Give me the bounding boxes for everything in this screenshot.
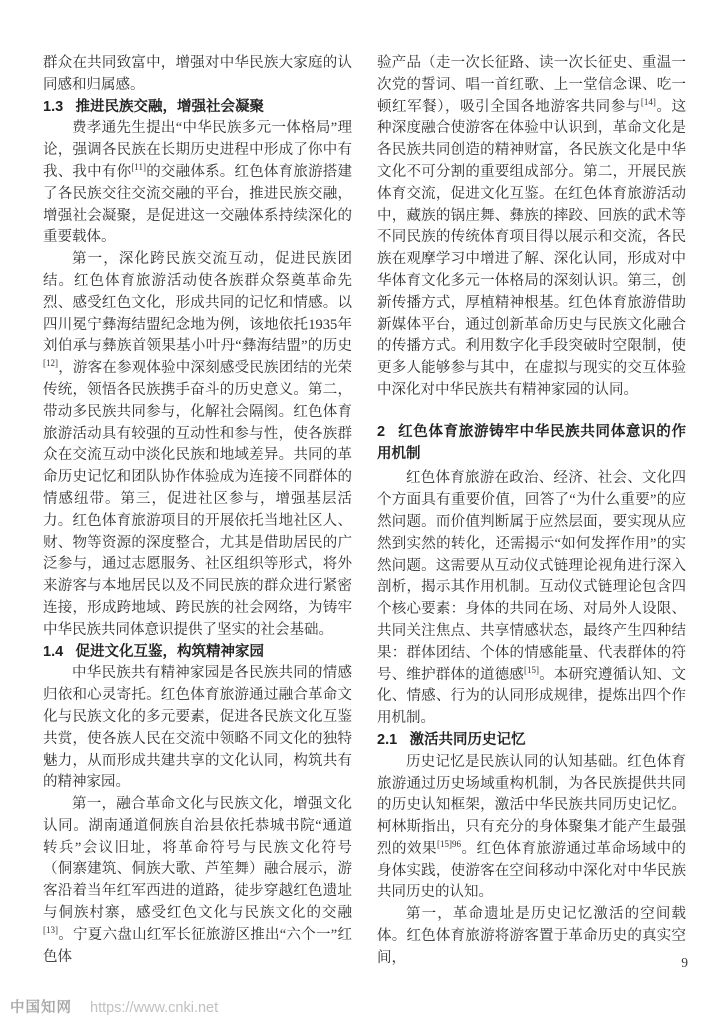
page-body: 群众在共同致富中，增强对中华民族大家庭的认同感和归属感。1.3推进民族交融，增强… [43,53,686,970]
text-run: ，游客在参观体验中深刻感受民族团结的光荣传统，领悟各民族携手奋斗的历史意义。第二… [43,360,352,638]
text-run: 群众在共同致富中，增强对中华民族大家庭的认同感和归属感。 [43,55,352,93]
text-run: 。这种深度融合使游客在体验中认识到，革命文化是各民族共同创造的精神财富，各民族文… [377,99,686,398]
watermark-url: https://www.cnki.net [90,1000,218,1016]
section-heading-1-3: 1.3推进民族交融，增强社会凝聚 [43,97,352,119]
paragraph: 群众在共同致富中，增强对中华民族大家庭的认同感和归属感。 [43,53,352,97]
citation-marker: [15]96 [437,839,461,849]
paragraph: 费孝通先生提出“中华民族多元一体格局”理论，强调各民族在长期历史进程中形成了你中… [43,118,352,249]
paragraph: 验产品（走一次长征路、读一次长征史、重温一次党的誓词、唱一首红歌、上一堂信念课、… [377,53,686,402]
section-title: 红色体育旅游铸牢中华民族共同体意识的作用机制 [377,424,686,462]
paragraph: 中华民族共有精神家园是各民族共同的情感归依和心灵寄托。红色体育旅游通过融合革命文… [43,663,352,794]
section-number: 1.4 [43,644,63,660]
paragraph: 第一，深化跨民族交流互动，促进民族团结。红色体育旅游活动使各族群众祭奠革命先烈、… [43,249,352,641]
citation-marker: [11] [131,162,146,172]
paragraph: 历史记忆是民族认同的认知基础。红色体育旅游通过历史场域重构机制，为各民族提供共同… [377,752,686,905]
section-heading-2: 2红色体育旅游铸牢中华民族共同体意识的作用机制 [377,422,686,466]
citation-marker: [12] [43,358,58,368]
section-heading-1-4: 1.4促进文化互鉴，构筑精神家园 [43,642,352,664]
citation-marker: [13] [43,925,58,935]
section-number: 1.3 [43,99,63,115]
left-column: 群众在共同致富中，增强对中华民族大家庭的认同感和归属感。1.3推进民族交融，增强… [43,53,352,970]
text-run: 验产品（走一次长征路、读一次长征史、重温一次党的誓词、唱一首红歌、上一堂信念课、… [377,55,686,115]
section-title: 促进文化互鉴，构筑精神家园 [75,644,264,660]
section-number: 2 [377,424,385,440]
text-run: 第一，革命遗址是历史记忆激活的空间载体。红色体育旅游将游客置于革命历史的真实空间… [377,906,686,966]
page-number: 9 [681,955,688,971]
paragraph: 第一，革命遗址是历史记忆激活的空间载体。红色体育旅游将游客置于革命历史的真实空间… [377,904,686,969]
text-run: 。宁夏六盘山红军长征旅游区推出“六个一”红色体 [43,927,352,965]
watermark: 中国知网 https://www.cnki.net [10,996,218,1017]
citation-marker: [14] [641,97,656,107]
section-number: 2.1 [377,732,397,748]
section-title: 推进民族交融，增强社会凝聚 [75,99,264,115]
text-run: 红色体育旅游在政治、经济、社会、文化四个方面具有重要价值，回答了“为什么重要”的… [377,470,686,682]
cnki-logo: 中国知网 [10,996,72,1017]
text-run: 第一，深化跨民族交流互动，促进民族团结。红色体育旅游活动使各族群众祭奠革命先烈、… [43,251,352,354]
citation-marker: [15] [524,665,539,675]
right-column: 验产品（走一次长征路、读一次长征史、重温一次党的誓词、唱一首红歌、上一堂信念课、… [377,53,686,970]
paragraph: 红色体育旅游在政治、经济、社会、文化四个方面具有重要价值，回答了“为什么重要”的… [377,468,686,730]
text-run: 中华民族共有精神家园是各民族共同的情感归依和心灵寄托。红色体育旅游通过融合革命文… [43,665,352,790]
section-title: 激活共同历史记忆 [409,732,525,748]
paragraph: 第一，融合革命文化与民族文化，增强文化认同。湖南通道侗族自治县依托恭城书院“通道… [43,794,352,968]
section-heading-2-1: 2.1激活共同历史记忆 [377,730,686,752]
text-run: 第一，融合革命文化与民族文化，增强文化认同。湖南通道侗族自治县依托恭城书院“通道… [43,796,352,921]
